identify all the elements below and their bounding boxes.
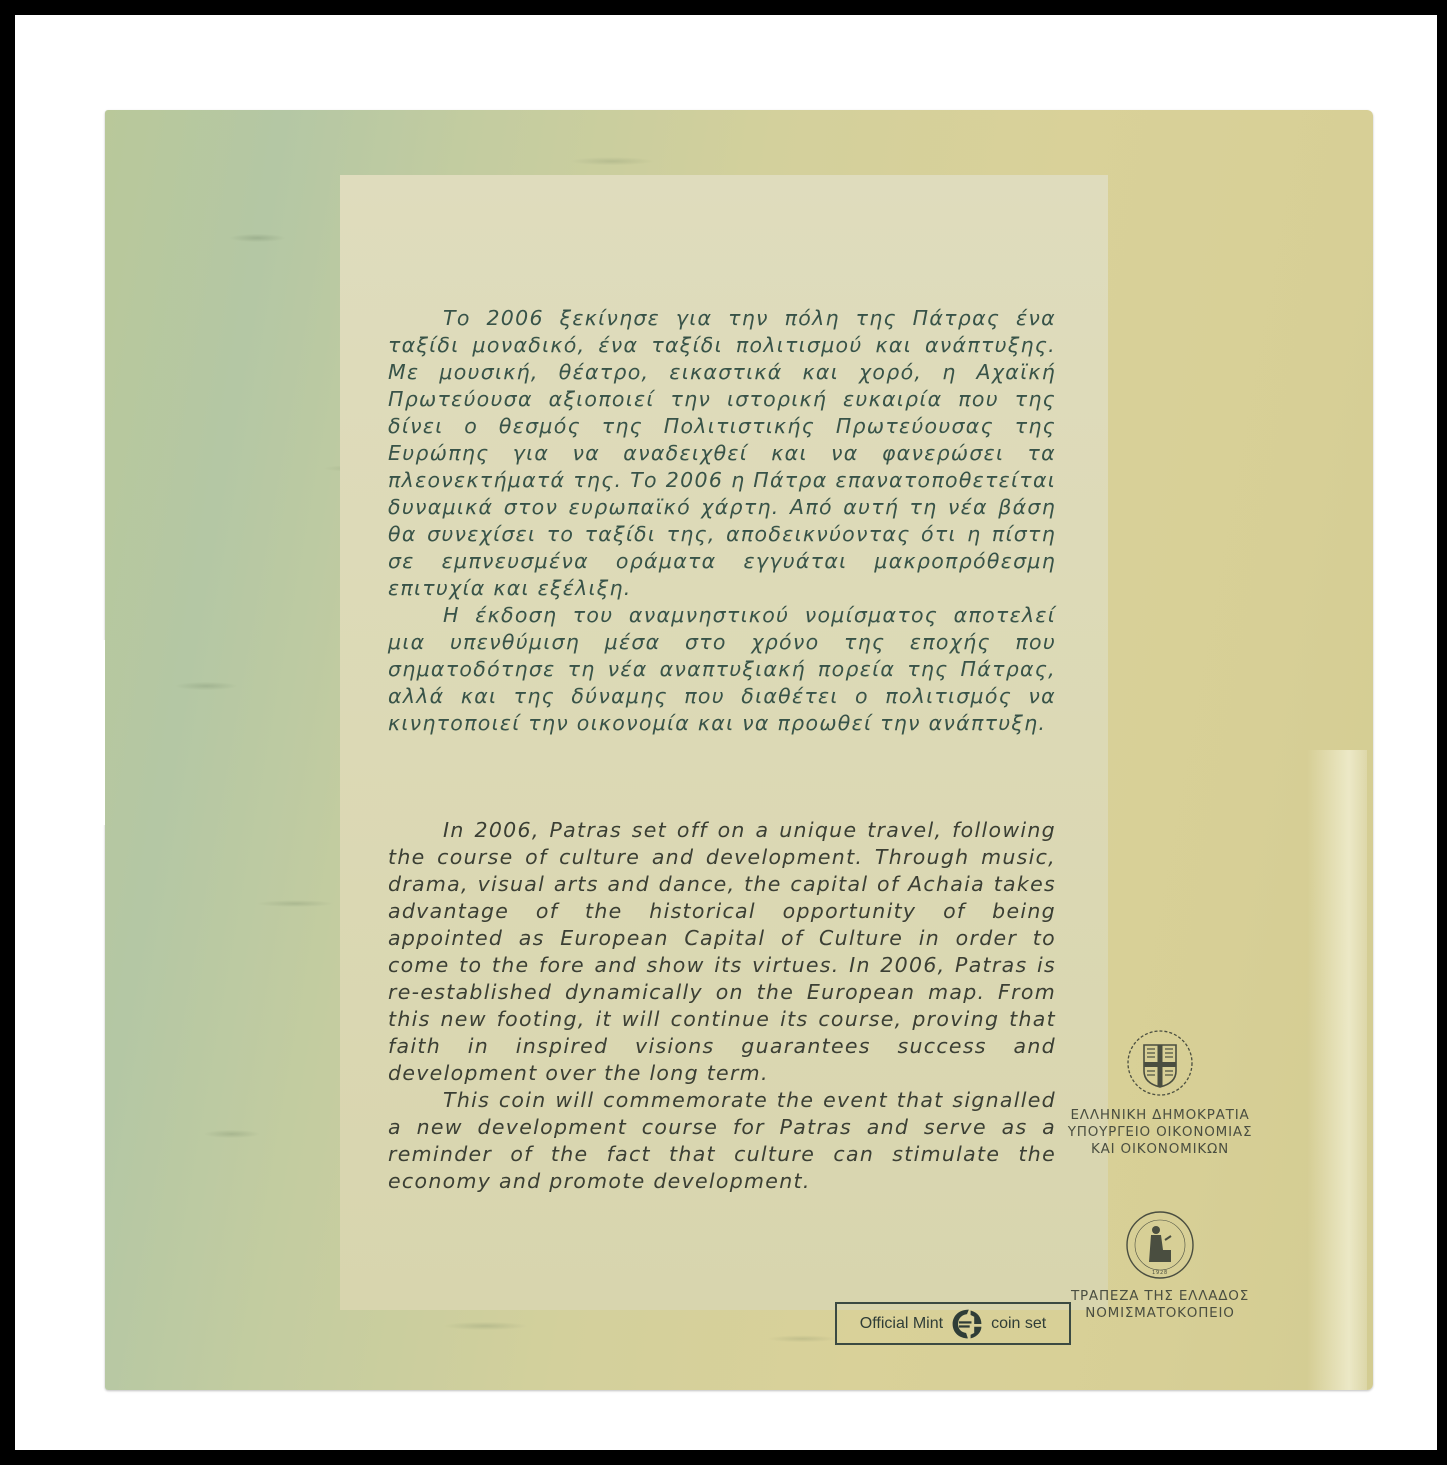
bank-line: ΤΡΑΠΕΖΑ ΤΗΣ ΕΛΛΑΔΟΣ (1010, 1288, 1310, 1305)
ministry-line: ΚΑΙ ΟΙΚΟΝΟΜΙΚΩΝ (1010, 1141, 1310, 1158)
bank-of-greece-seal-icon: 1928 (1125, 1210, 1195, 1280)
bank-line: ΝΟΜΙΣΜΑΤΟΚΟΠΕΙΟ (1010, 1305, 1310, 1322)
folder-edge-notch (91, 640, 105, 825)
text-panel: Το 2006 ξεκίνησε για την πόλη της Πάτρας… (340, 175, 1108, 1310)
greek-paragraph: Η έκδοση του αναμνηστικού νομίσματος απο… (388, 602, 1056, 737)
english-paragraph: In 2006, Patras set off on a unique trav… (388, 817, 1056, 1087)
photo-frame: Το 2006 ξεκίνησε για την πόλη της Πάτρας… (15, 15, 1437, 1450)
ministry-of-finance-block: ΕΛΛΗΝΙΚΗ ΔΗΜΟΚΡΑΤΙΑ ΥΠΟΥΡΓΕΙΟ ΟΙΚΟΝΟΜΙΑΣ… (1010, 1027, 1310, 1158)
euro-coin-logo-icon (949, 1306, 985, 1342)
ministry-line: ΥΠΟΥΡΓΕΙΟ ΟΙΚΟΝΟΜΙΑΣ (1010, 1124, 1310, 1141)
greek-text: Το 2006 ξεκίνησε για την πόλη της Πάτρας… (388, 305, 1056, 737)
english-paragraph: This coin will commemorate the event tha… (388, 1087, 1056, 1195)
ministry-line: ΕΛΛΗΝΙΚΗ ΔΗΜΟΚΡΑΤΙΑ (1010, 1107, 1310, 1124)
english-text: In 2006, Patras set off on a unique trav… (388, 817, 1056, 1195)
svg-text:1928: 1928 (1152, 1270, 1168, 1276)
mint-badge-left-label: Official Mint (860, 1315, 943, 1333)
coin-folder-back-cover: Το 2006 ξεκίνησε για την πόλη της Πάτρας… (105, 110, 1373, 1390)
gloss-reflection (1307, 750, 1367, 1390)
greek-coat-of-arms-icon (1124, 1027, 1196, 1099)
greek-paragraph: Το 2006 ξεκίνησε για την πόλη της Πάτρας… (388, 305, 1056, 602)
bank-of-greece-block: 1928 ΤΡΑΠΕΖΑ ΤΗΣ ΕΛΛΑΔΟΣ ΝΟΜΙΣΜΑΤΟΚΟΠΕΙΟ (1010, 1210, 1310, 1322)
